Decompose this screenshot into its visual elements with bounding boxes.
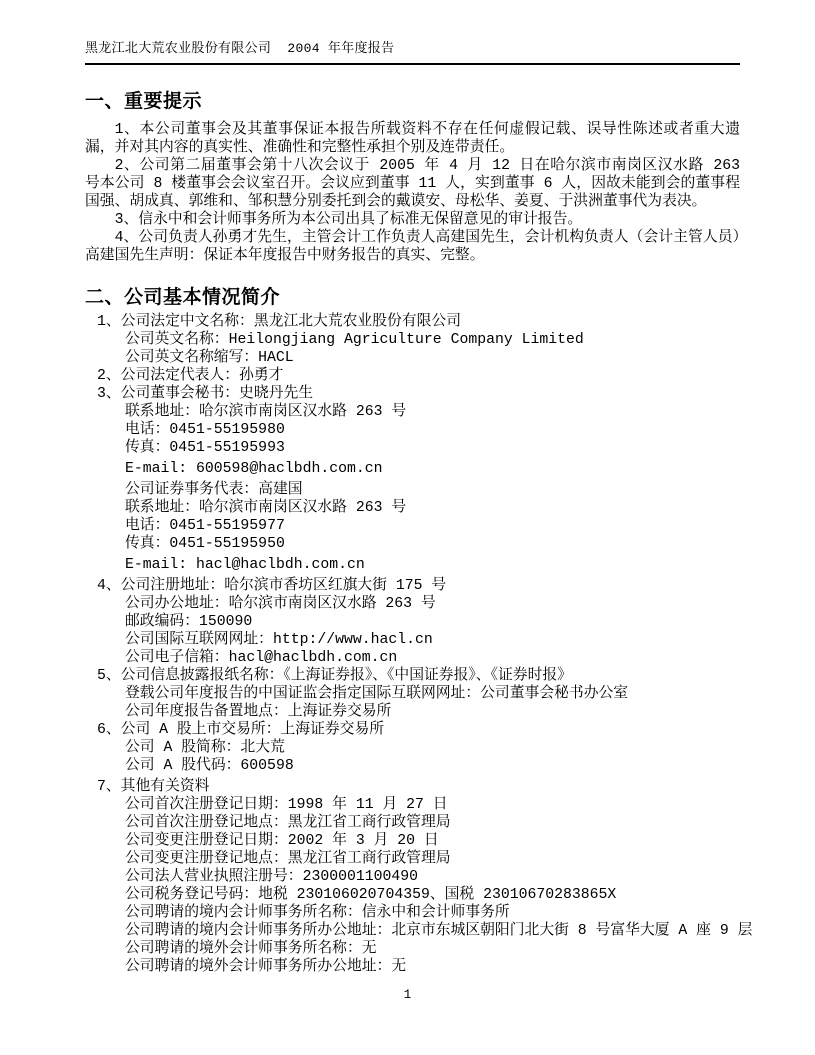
important-notice-section: 1、本公司董事会及其董事保证本报告所载资料不存在任何虚假记载、误导性陈述或者重大… [85,121,740,265]
profile-line-stock-exchange: 6、公司 A 股上市交易所：上海证券交易所 [97,721,740,739]
header-divider [85,63,740,65]
profile-line-registered-address: 4、公司注册地址：哈尔滨市香坊区红旗大街 175 号 [97,577,740,595]
profile-line-contact-address-2: 联系地址：哈尔滨市南岗区汉水路 263 号 [97,499,740,517]
profile-line-domestic-accounting-firm: 公司聘请的境内会计师事务所名称：信永中和会计师事务所 [97,904,740,922]
profile-line-stock-code: 公司 A 股代码：600598 [97,757,740,775]
profile-line-postal-code: 邮政编码：150090 [97,613,740,631]
profile-line-email: E-mail: 600598@haclbdh.com.cn [97,460,740,478]
notice-paragraph: 3、信永中和会计师事务所为本公司出具了标准无保留意见的审计报告。 [85,211,740,229]
profile-line-office-address: 公司办公地址：哈尔滨市南岗区汉水路 263 号 [97,595,740,613]
profile-line-company-email: 公司电子信箱：hacl@haclbdh.com.cn [97,649,740,667]
profile-line-change-registration-place: 公司变更注册登记地点：黑龙江省工商行政管理局 [97,850,740,868]
company-profile-section: 1、公司法定中文名称：黑龙江北大荒农业股份有限公司 公司英文名称：Heilong… [85,313,740,976]
profile-line-other-info: 7、其他有关资料 [97,778,740,796]
profile-line-email-2: E-mail: hacl@haclbdh.com.cn [97,556,740,574]
profile-line-contact-address: 联系地址：哈尔滨市南岗区汉水路 263 号 [97,403,740,421]
section-2-heading: 二、公司基本情况简介 [85,287,740,309]
profile-line-business-license-no: 公司法人营业执照注册号：2300001100490 [97,868,740,886]
report-page: 黑龙江北大荒农业股份有限公司 2004 年年度报告 一、重要提示 1、本公司董事… [0,0,815,1055]
profile-line-securities-rep: 公司证券事务代表：高建国 [97,481,740,499]
profile-line-report-location: 公司年度报告备置地点：上海证券交易所 [97,703,740,721]
profile-line-stock-abbr: 公司 A 股简称：北大荒 [97,739,740,757]
profile-line-en-abbr: 公司英文名称缩写：HACL [97,349,740,367]
notice-paragraph: 2、公司第二届董事会第十八次会议于 2005 年 4 月 12 日在哈尔滨市南岗… [85,157,740,211]
page-header-title: 黑龙江北大荒农业股份有限公司 2004 年年度报告 [85,41,740,57]
profile-line-disclosure-newspapers: 5、公司信息披露报纸名称：《上海证券报》、《中国证券报》、《证券时报》 [97,667,740,685]
profile-line-csrc-website: 登载公司年度报告的中国证监会指定国际互联网网址：公司董事会秘书办公室 [97,685,740,703]
profile-line-fax: 传真：0451-55195993 [97,439,740,457]
profile-line-first-registration-date: 公司首次注册登记日期：1998 年 11 月 27 日 [97,796,740,814]
profile-line-domestic-accounting-firm-address: 公司聘请的境内会计师事务所办公地址：北京市东城区朝阳门北大街 8 号富华大厦 A… [97,922,740,940]
profile-line-phone-2: 电话：0451-55195977 [97,517,740,535]
profile-line-overseas-accounting-firm-address: 公司聘请的境外会计师事务所办公地址：无 [97,958,740,976]
profile-line-phone: 电话：0451-55195980 [97,421,740,439]
profile-line-overseas-accounting-firm: 公司聘请的境外会计师事务所名称：无 [97,940,740,958]
notice-paragraph: 4、公司负责人孙勇才先生，主管会计工作负责人高建国先生，会计机构负责人（会计主管… [85,229,740,265]
profile-line-en-name: 公司英文名称：Heilongjiang Agriculture Company … [97,331,740,349]
notice-paragraph: 1、本公司董事会及其董事保证本报告所载资料不存在任何虚假记载、误导性陈述或者重大… [85,121,740,157]
profile-line-board-secretary: 3、公司董事会秘书：史晓丹先生 [97,385,740,403]
profile-line-website: 公司国际互联网网址：http://www.hacl.cn [97,631,740,649]
profile-line-fax-2: 传真：0451-55195950 [97,535,740,553]
profile-line-legal-rep: 2、公司法定代表人：孙勇才 [97,367,740,385]
profile-line-first-registration-place: 公司首次注册登记地点：黑龙江省工商行政管理局 [97,814,740,832]
profile-line-tax-registration-no: 公司税务登记号码：地税 230106020704359、国税 230106702… [97,886,740,904]
profile-line-cn-name: 1、公司法定中文名称：黑龙江北大荒农业股份有限公司 [97,313,740,331]
section-1-heading: 一、重要提示 [85,91,740,113]
profile-line-change-registration-date: 公司变更注册登记日期：2002 年 3 月 20 日 [97,832,740,850]
page-number: 1 [0,988,815,1003]
